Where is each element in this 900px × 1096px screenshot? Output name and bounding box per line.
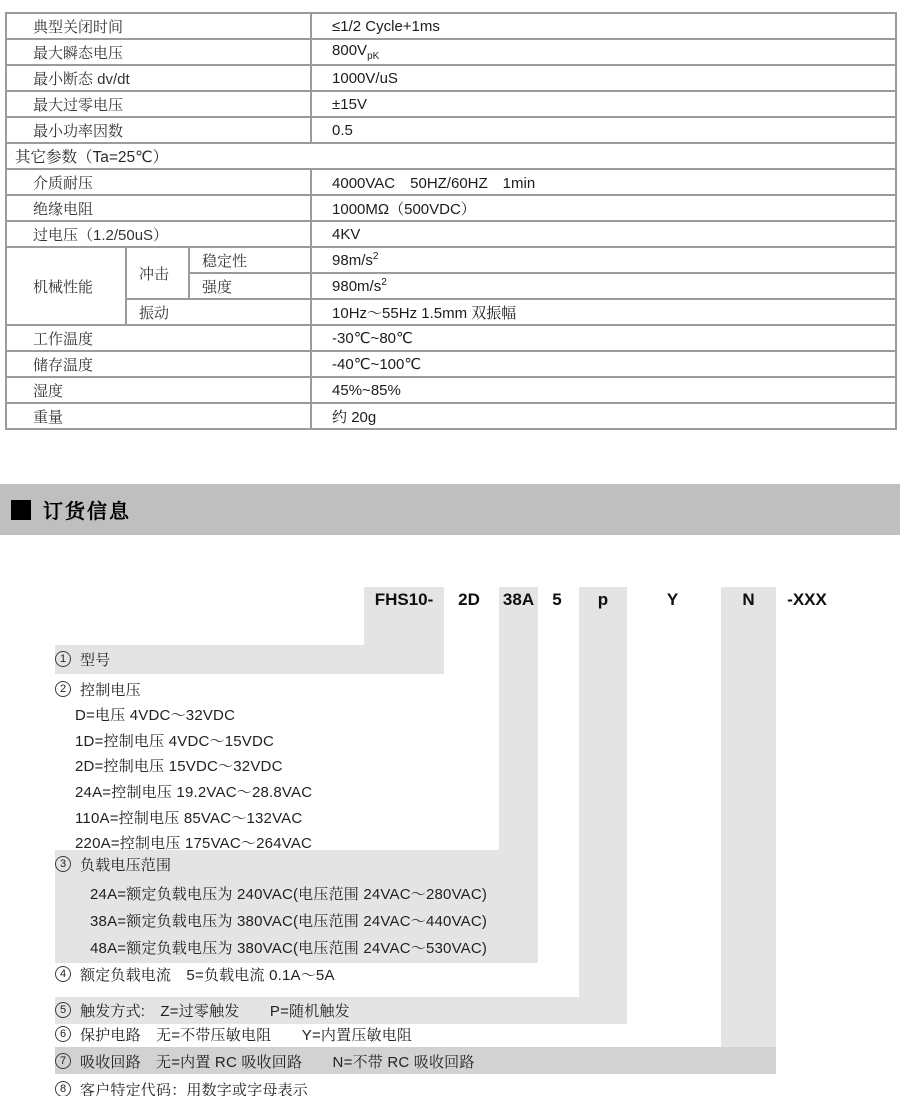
code-part-load-current: 5 — [543, 587, 571, 613]
table-row: 过电压（1.2/50uS） 4KV — [6, 221, 896, 247]
ordering-row-text: 触发方式: Z=过零触发 P=随机触发 — [80, 1000, 350, 1021]
ordering-row-protection: 6 保护电路 无=不带压敏电阻 Y=内置压敏电阻 — [55, 1024, 412, 1044]
spec-value: 1000MΩ（500VDC） — [311, 195, 896, 221]
code-part-model: FHS10- — [364, 587, 444, 613]
spec-label: 绝缘电阻 — [6, 195, 311, 221]
ordering-row-snubber: 7 吸收回路 无=内置 RC 吸收回路 N=不带 RC 吸收回路 — [55, 1051, 475, 1071]
ordering-row-text: 客户特定代码：用数字或字母表示 — [80, 1079, 308, 1096]
spec-sublabel: 振动 — [126, 299, 311, 325]
section-bar-model — [55, 645, 444, 674]
spec-sublabel: 稳定性 — [189, 247, 311, 273]
ordering-row-text: 2D=控制电压 15VDC～32VDC — [75, 755, 283, 776]
ordering-option: 220A=控制电压 175VAC～264VAC — [75, 832, 312, 852]
code-part-trigger: p — [579, 587, 627, 613]
table-row: 典型关闭时间 ≤1/2 Cycle+1ms — [6, 13, 896, 39]
spec-label: 过电压（1.2/50uS） — [6, 221, 311, 247]
ordering-row-load-voltage: 3 负载电压范围 — [55, 854, 171, 874]
ordering-option: D=电压 4VDC～32VDC — [75, 704, 235, 724]
ordering-row-trigger: 5 触发方式: Z=过零触发 P=随机触发 — [55, 1000, 350, 1020]
item-number-badge: 6 — [55, 1026, 71, 1042]
ordering-row-text: 24A=额定负载电压为 240VAC(电压范围 24VAC～280VAC) — [90, 883, 487, 904]
code-part-snubber: N — [721, 587, 776, 613]
item-number-badge: 5 — [55, 1002, 71, 1018]
spec-value: 800VpK — [311, 39, 896, 65]
code-part-control-voltage: 2D — [449, 587, 489, 613]
ordering-diagram: FHS10- 2D 38A 5 p Y N -XXX 1 型号 2 控制电压 D… — [0, 535, 900, 1096]
ordering-row-text: D=电压 4VDC～32VDC — [75, 704, 235, 725]
section-bullet-icon — [11, 500, 31, 520]
ordering-row-text: 额定负载电流 5=负载电流 0.1A～5A — [80, 964, 335, 985]
section-header-bar: 订货信息 — [0, 484, 900, 535]
table-row: 机械性能 冲击 稳定性 98m/s2 — [6, 247, 896, 273]
item-number-badge: 4 — [55, 966, 71, 982]
spec-label: 湿度 — [6, 377, 311, 403]
item-number-badge: 1 — [55, 651, 71, 667]
ordering-row-custom-code: 8 客户特定代码：用数字或字母表示 — [55, 1079, 308, 1096]
spec-value: 约 20g — [311, 403, 896, 429]
ordering-row-text: 保护电路 无=不带压敏电阻 Y=内置压敏电阻 — [80, 1024, 412, 1045]
ordering-row-text: 220A=控制电压 175VAC～264VAC — [75, 832, 312, 853]
item-number-badge: 3 — [55, 856, 71, 872]
spec-label: 重量 — [6, 403, 311, 429]
table-row: 工作温度 -30℃~80℃ — [6, 325, 896, 351]
ordering-row-text: 负载电压范围 — [80, 854, 171, 875]
table-row: 绝缘电阻 1000MΩ（500VDC） — [6, 195, 896, 221]
spec-label: 最小断态 dv/dt — [6, 65, 311, 91]
code-band-snubber — [721, 587, 776, 1047]
ordering-row-text: 110A=控制电压 85VAC～132VAC — [75, 807, 302, 828]
spec-sublabel: 冲击 — [126, 247, 189, 299]
table-row: 重量 约 20g — [6, 403, 896, 429]
spec-label: 最大瞬态电压 — [6, 39, 311, 65]
ordering-row-model: 1 型号 — [55, 649, 110, 669]
spec-value: -30℃~80℃ — [311, 325, 896, 351]
item-number-badge: 2 — [55, 681, 71, 697]
spec-label: 典型关闭时间 — [6, 13, 311, 39]
code-part-custom: -XXX — [779, 587, 835, 613]
ordering-row-control-voltage: 2 控制电压 — [55, 679, 141, 699]
spec-value: ±15V — [311, 91, 896, 117]
spec-label: 机械性能 — [6, 247, 126, 325]
ordering-option: 1D=控制电压 4VDC～15VDC — [75, 730, 274, 750]
spec-value: 980m/s2 — [311, 273, 896, 299]
code-part-protection: Y — [654, 587, 691, 613]
table-row: 最小断态 dv/dt 1000V/uS — [6, 65, 896, 91]
ordering-row-text: 控制电压 — [80, 679, 141, 700]
item-number-badge: 8 — [55, 1081, 71, 1096]
spec-value: 4KV — [311, 221, 896, 247]
item-number-badge: 7 — [55, 1053, 71, 1069]
spec-label: 工作温度 — [6, 325, 311, 351]
spec-label: 储存温度 — [6, 351, 311, 377]
spec-label: 最小功率因数 — [6, 117, 311, 143]
ordering-row-load-current: 4 额定负载电流 5=负载电流 0.1A～5A — [55, 964, 335, 984]
spec-value: 4000VAC 50HZ/60HZ 1min — [311, 169, 896, 195]
ordering-option: 24A=控制电压 19.2VAC～28.8VAC — [75, 781, 312, 801]
ordering-row-text: 吸收回路 无=内置 RC 吸收回路 N=不带 RC 吸收回路 — [80, 1051, 475, 1072]
ordering-row-text: 型号 — [80, 649, 110, 670]
spec-section-title: 其它参数（Ta=25℃） — [6, 143, 896, 169]
table-row: 储存温度 -40℃~100℃ — [6, 351, 896, 377]
spec-value: 10Hz～55Hz 1.5mm 双振幅 — [311, 299, 896, 325]
spec-value: ≤1/2 Cycle+1ms — [311, 13, 896, 39]
spec-sublabel: 强度 — [189, 273, 311, 299]
spec-label: 介质耐压 — [6, 169, 311, 195]
spec-value: 0.5 — [311, 117, 896, 143]
table-row: 介质耐压 4000VAC 50HZ/60HZ 1min — [6, 169, 896, 195]
code-band-trigger — [579, 587, 627, 1024]
table-row: 最大瞬态电压 800VpK — [6, 39, 896, 65]
spec-value: 45%~85% — [311, 377, 896, 403]
table-row: 湿度 45%~85% — [6, 377, 896, 403]
table-row: 最大过零电压 ±15V — [6, 91, 896, 117]
table-section-row: 其它参数（Ta=25℃） — [6, 143, 896, 169]
ordering-row-text: 24A=控制电压 19.2VAC～28.8VAC — [75, 781, 312, 802]
section-title: 订货信息 — [43, 495, 131, 524]
table-row: 最小功率因数 0.5 — [6, 117, 896, 143]
spec-label: 最大过零电压 — [6, 91, 311, 117]
ordering-row-text: 38A=额定负载电压为 380VAC(电压范围 24VAC～440VAC) — [90, 910, 487, 931]
code-part-load-voltage: 38A — [499, 587, 538, 613]
table-row: 振动 10Hz～55Hz 1.5mm 双振幅 — [6, 299, 896, 325]
ordering-row-text: 48A=额定负载电压为 380VAC(电压范围 24VAC～530VAC) — [90, 937, 487, 958]
spec-value: 1000V/uS — [311, 65, 896, 91]
ordering-row-text: 1D=控制电压 4VDC～15VDC — [75, 730, 274, 751]
spec-value: 98m/s2 — [311, 247, 896, 273]
spec-value: -40℃~100℃ — [311, 351, 896, 377]
ordering-option: 48A=额定负载电压为 380VAC(电压范围 24VAC～530VAC) — [90, 937, 487, 957]
ordering-option: 110A=控制电压 85VAC～132VAC — [75, 807, 302, 827]
spec-table: 典型关闭时间 ≤1/2 Cycle+1ms 最大瞬态电压 800VpK 最小断态… — [5, 12, 897, 430]
ordering-option: 38A=额定负载电压为 380VAC(电压范围 24VAC～440VAC) — [90, 910, 487, 930]
ordering-option: 24A=额定负载电压为 240VAC(电压范围 24VAC～280VAC) — [90, 883, 487, 903]
ordering-option: 2D=控制电压 15VDC～32VDC — [75, 755, 283, 775]
